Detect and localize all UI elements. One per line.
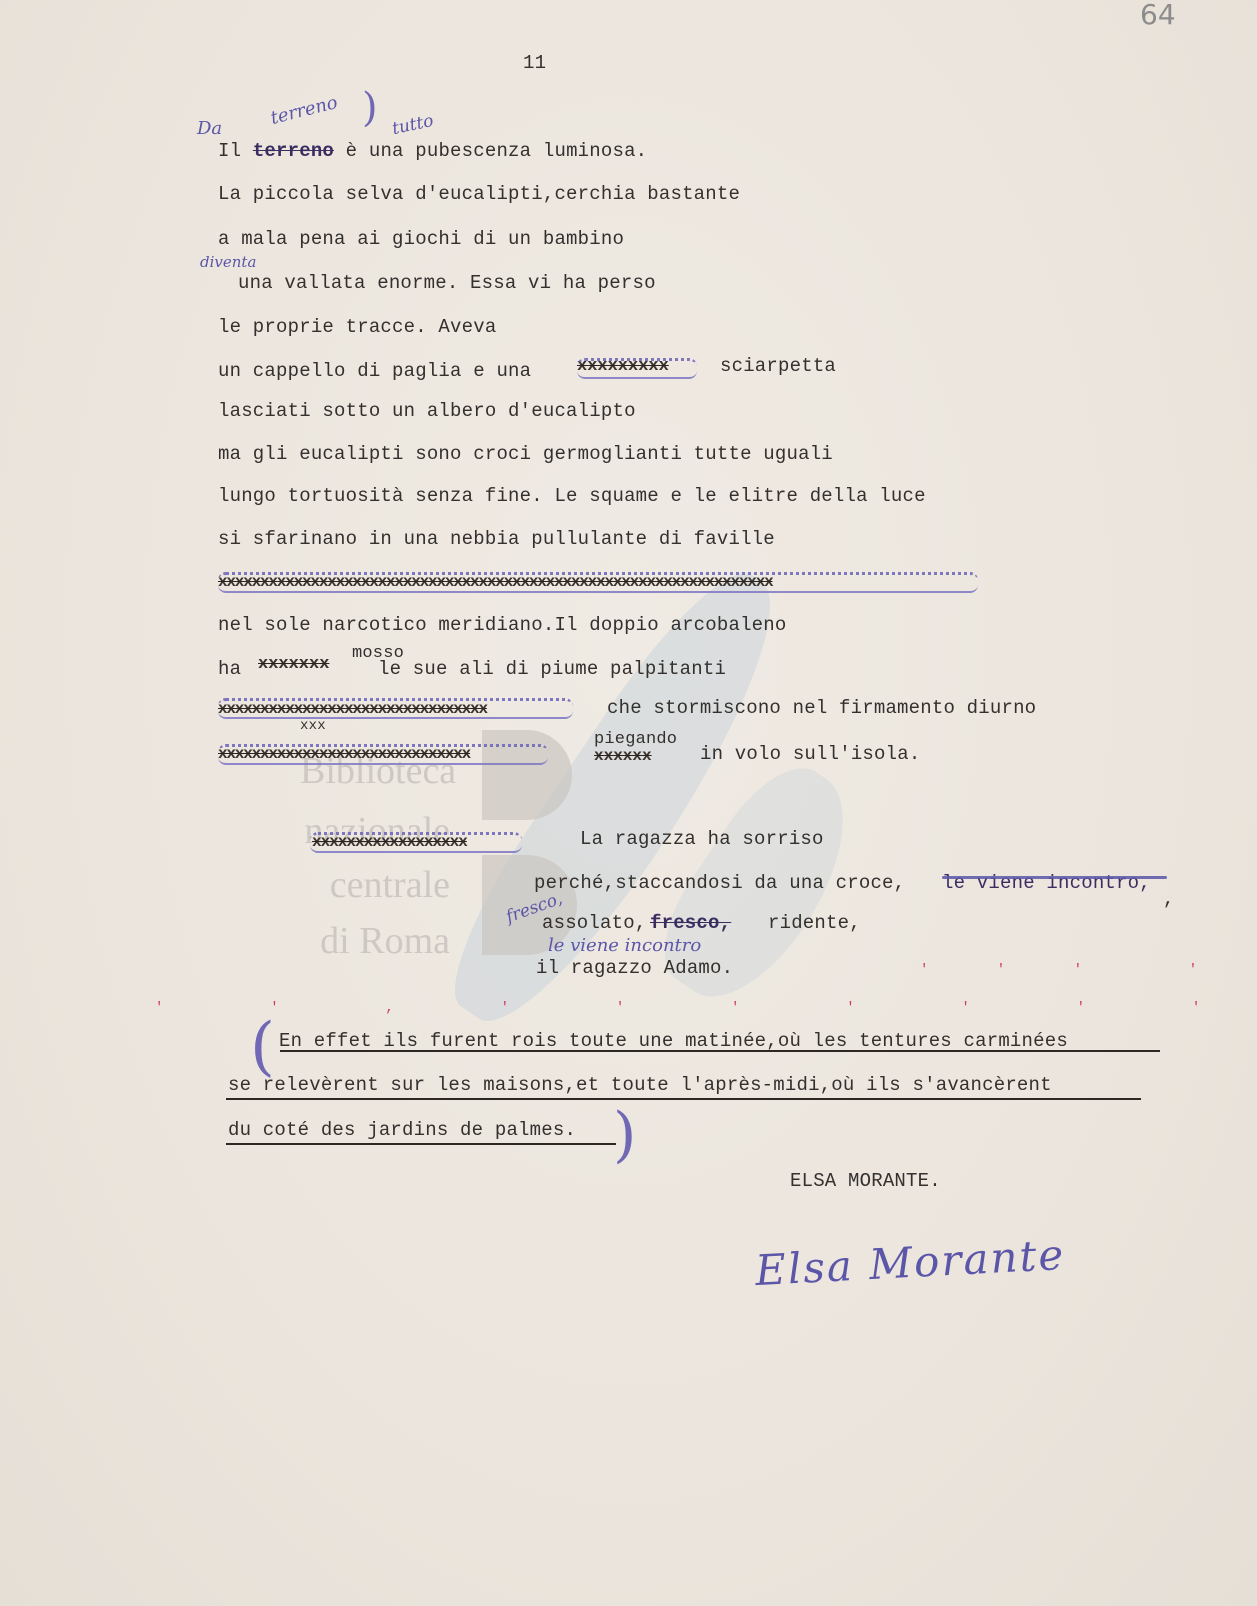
handwritten-insertion: Da [197, 118, 222, 139]
poem-line: una vallata enorme. Essa vi ha perso [238, 272, 656, 294]
ink-cancellation [218, 698, 573, 719]
poem-line: un cappello di paglia e una [218, 360, 531, 382]
poem-line: in volo sull'isola. [700, 743, 920, 765]
poem-line: ha [218, 658, 241, 680]
underline [226, 1098, 1141, 1100]
ink-cancellation [577, 358, 697, 379]
ink-cancellation [218, 572, 978, 593]
struck-word: xxxxxxx [258, 655, 329, 674]
poem-line: le sue ali di piume palpitanti [378, 658, 726, 680]
poem-line: perché,staccandosi da una croce, [534, 872, 905, 894]
handwritten-insertion: tutto [390, 111, 435, 139]
poem-line: nel sole narcotico meridiano.Il doppio a… [218, 614, 787, 636]
comma-mark: , [1163, 888, 1175, 910]
poem-line: le proprie tracce. Aveva [218, 316, 496, 338]
poem-line: che stormiscono nel firmamento diurno [607, 697, 1036, 719]
watermark-line: centrale [300, 866, 450, 904]
struck-word: terreno [253, 140, 334, 162]
struck-word: xxxxxx [594, 747, 652, 765]
poem-line: ridente, [768, 912, 861, 934]
red-tick-marks: ' ' ' ' ' [920, 962, 1257, 978]
ink-cancellation [218, 744, 548, 765]
handwritten-bracket-close: ) [613, 1100, 636, 1170]
handwritten-insertion: diventa [200, 253, 256, 271]
ink-cancellation [310, 832, 522, 853]
handwritten-insertion: le viene incontro [548, 935, 701, 956]
poem-line: La piccola selva d'eucalipti,cerchia bas… [218, 183, 740, 205]
poem-line: xxx [300, 718, 326, 734]
struck-word: fresco, [650, 912, 731, 934]
archive-page-number: 64 [1140, 0, 1176, 31]
author-name: ELSA MORANTE. [790, 1170, 941, 1192]
poem-line: il ragazzo Adamo. [536, 957, 733, 979]
poem-line: ma gli eucalipti sono croci germoglianti… [218, 443, 833, 465]
manuscript-page: Biblioteca nazionale centrale di Roma 64… [0, 0, 1257, 1606]
red-tick-marks: ' ' , ' ' ' ' ' ' ' ' ' , [155, 1000, 1257, 1016]
poem-line: La ragazza ha sorriso [580, 828, 824, 850]
handwritten-bracket: ) [362, 85, 378, 131]
typed-page-number: 11 [523, 52, 546, 74]
epigraph-line: se relevèrent sur les maisons,et toute l… [228, 1074, 1052, 1096]
poem-line: assolato, [542, 912, 646, 934]
underline [226, 1143, 616, 1145]
poem-line: si sfarinano in una nebbia pullulante di… [218, 528, 775, 550]
ink-cancellation [942, 876, 1167, 879]
poem-line: lasciati sotto un albero d'eucalipto [218, 400, 636, 422]
watermark-line: di Roma [290, 922, 450, 960]
poem-line: a mala pena ai giochi di un bambino [218, 228, 624, 250]
poem-line: Il terreno è una pubescenza luminosa. [218, 140, 647, 162]
author-signature: Elsa Morante [754, 1230, 1066, 1295]
epigraph-line: du coté des jardins de palmes. [228, 1119, 576, 1141]
epigraph-line: En effet ils furent rois toute une matin… [279, 1030, 1068, 1052]
poem-word: sciarpetta [720, 355, 836, 377]
poem-line: lungo tortuosità senza fine. Le squame e… [218, 485, 926, 507]
handwritten-insertion: terreno [268, 92, 339, 129]
underline [280, 1050, 1160, 1052]
handwritten-bracket-open: ( [250, 1010, 275, 1084]
